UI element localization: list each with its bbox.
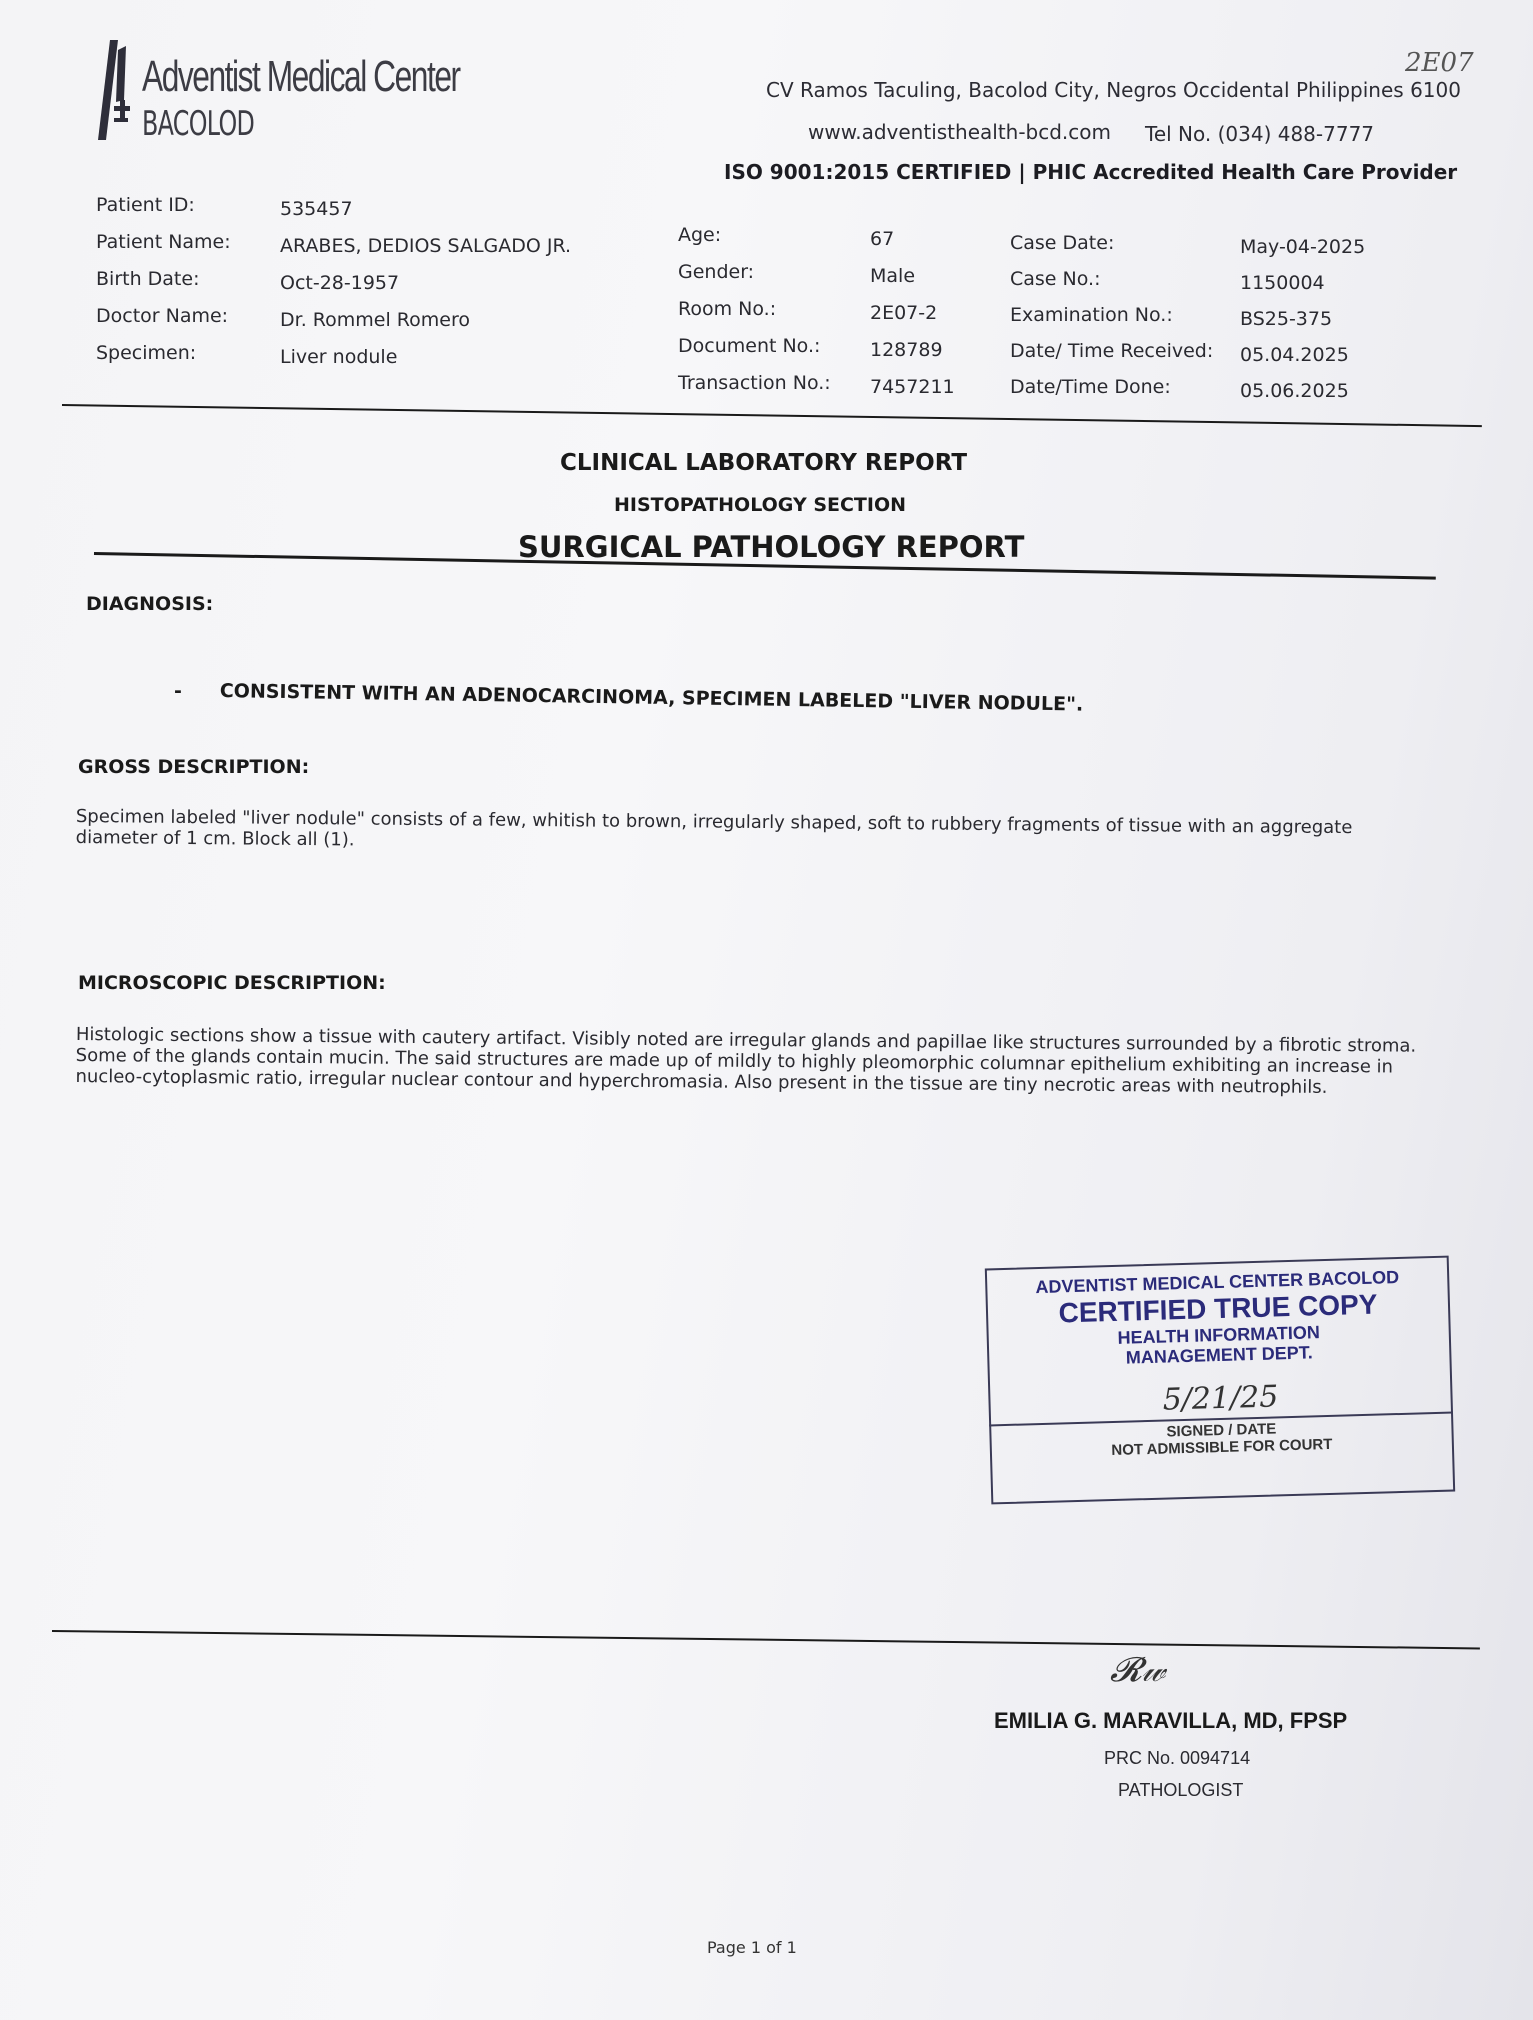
info-label: Date/Time Done: bbox=[1010, 376, 1171, 398]
org-city: BACOLOD bbox=[142, 104, 254, 144]
info-value: Male bbox=[870, 265, 915, 287]
info-label: Gender: bbox=[678, 261, 754, 283]
info-value: 1150004 bbox=[1240, 272, 1325, 294]
info-label: Transaction No.: bbox=[678, 372, 831, 394]
info-value: 2E07-2 bbox=[870, 302, 937, 324]
info-value: Liver nodule bbox=[280, 346, 397, 368]
info-label: Patient Name: bbox=[96, 231, 231, 253]
info-value: Oct-28-1957 bbox=[280, 272, 399, 294]
info-label: Specimen: bbox=[96, 342, 196, 364]
microscopic-description-heading: MICROSCOPIC DESCRIPTION: bbox=[78, 972, 386, 994]
info-label: Patient ID: bbox=[96, 194, 195, 216]
info-label: Age: bbox=[678, 224, 721, 246]
handwritten-note: 2E07 bbox=[1405, 48, 1474, 78]
page-number: Page 1 of 1 bbox=[707, 1938, 797, 1957]
info-value: BS25-375 bbox=[1240, 308, 1332, 330]
pathologist-name: EMILIA G. MARAVILLA, MD, FPSP bbox=[994, 1708, 1347, 1734]
report-title-surgical: SURGICAL PATHOLOGY REPORT bbox=[518, 530, 1024, 564]
pathologist-license: PRC No. 0094714 bbox=[1104, 1748, 1250, 1769]
org-website: www.adventisthealth-bcd.com bbox=[808, 120, 1111, 144]
info-label: Birth Date: bbox=[96, 268, 199, 290]
header-divider bbox=[62, 404, 1482, 427]
info-label: Case Date: bbox=[1010, 232, 1114, 254]
certification-line: ISO 9001:2015 CERTIFIED | PHIC Accredite… bbox=[724, 160, 1457, 184]
info-value: 7457211 bbox=[870, 376, 955, 398]
diagnosis-heading: DIAGNOSIS: bbox=[86, 593, 213, 615]
info-value: 05.04.2025 bbox=[1240, 344, 1349, 366]
report-title-clinical: CLINICAL LABORATORY REPORT bbox=[560, 450, 967, 476]
gross-description-heading: GROSS DESCRIPTION: bbox=[78, 756, 309, 778]
info-label: Document No.: bbox=[678, 335, 820, 357]
diagnosis-text: CONSISTENT WITH AN ADENOCARCINOMA, SPECI… bbox=[220, 680, 1084, 716]
footer-divider bbox=[52, 1630, 1480, 1649]
info-value: 128789 bbox=[870, 339, 943, 361]
adventist-logo-icon bbox=[96, 40, 134, 144]
pathologist-signature-icon: 𝓡𝓌 bbox=[1110, 1650, 1165, 1690]
org-name: Adventist Medical Center bbox=[142, 52, 460, 102]
info-value: 05.06.2025 bbox=[1240, 380, 1349, 402]
microscopic-description-text: Histologic sections show a tissue with c… bbox=[75, 1024, 1435, 1099]
info-label: Case No.: bbox=[1010, 268, 1100, 290]
gross-description-text: Specimen labeled "liver nodule" consists… bbox=[76, 806, 1426, 860]
info-label: Date/ Time Received: bbox=[1010, 340, 1213, 362]
report-title-section: HISTOPATHOLOGY SECTION bbox=[614, 494, 906, 516]
certified-true-copy-stamp: ADVENTIST MEDICAL CENTER BACOLOD CERTIFI… bbox=[985, 1256, 1455, 1505]
info-value: 67 bbox=[870, 228, 894, 250]
org-phone: Tel No. (034) 488-7777 bbox=[1145, 122, 1374, 146]
diagnosis-bullet: - bbox=[174, 680, 182, 702]
info-value: Dr. Rommel Romero bbox=[280, 309, 470, 331]
org-address: CV Ramos Taculing, Bacolod City, Negros … bbox=[766, 78, 1461, 102]
info-value: May-04-2025 bbox=[1240, 236, 1365, 258]
info-value: ARABES, DEDIOS SALGADO JR. bbox=[280, 235, 571, 257]
info-value: 535457 bbox=[280, 198, 353, 220]
info-label: Doctor Name: bbox=[96, 305, 228, 327]
info-label: Room No.: bbox=[678, 298, 776, 320]
pathologist-title: PATHOLOGIST bbox=[1118, 1780, 1243, 1801]
info-label: Examination No.: bbox=[1010, 304, 1173, 326]
